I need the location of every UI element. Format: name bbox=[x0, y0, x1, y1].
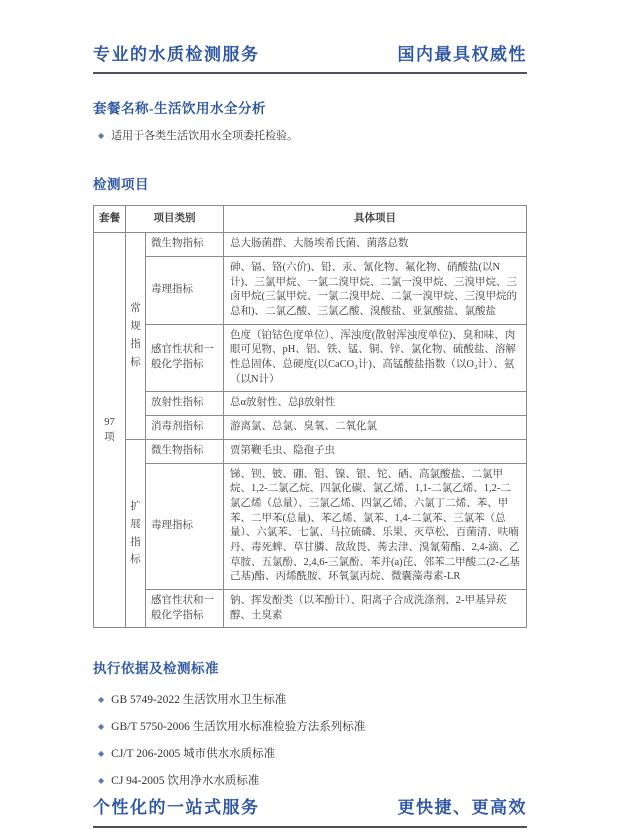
table-row: 毒理指标 砷、镉、铬(六价)、铅、汞、氰化物、氟化物、硝酸盐(以N计)、三氯甲烷… bbox=[94, 256, 527, 324]
table-row: 扩展指标 微生物指标 贾第鞭毛虫、隐孢子虫 bbox=[94, 439, 527, 463]
category-cell: 放射性指标 bbox=[146, 392, 224, 416]
items-cell: 砷、镉、铬(六价)、铅、汞、氰化物、氟化物、硝酸盐(以N计)、三氯甲烷、一氯二溴… bbox=[224, 256, 527, 324]
bullet-icon: ◆ bbox=[98, 767, 104, 794]
bullet-icon: ◆ bbox=[98, 713, 104, 740]
page-header: 专业的水质检测服务 国内最具权威性 bbox=[93, 0, 527, 74]
table-row: 放射性指标 总α放射性、总β放射性 bbox=[94, 392, 527, 416]
items-cell: 贾第鞭毛虫、隐孢子虫 bbox=[224, 439, 527, 463]
detection-items-heading: 检测项目 bbox=[93, 173, 527, 193]
category-cell: 毒理指标 bbox=[146, 463, 224, 590]
standards-list: ◆ GB 5749-2022 生活饮用水卫生标准 ◆ GB/T 5750-200… bbox=[93, 687, 527, 795]
table-row: 97 项 常规指标 微生物指标 总大肠菌群、大肠埃希氏菌、菌落总数 bbox=[94, 233, 527, 257]
list-item: ◆ GB 5749-2022 生活饮用水卫生标准 bbox=[93, 687, 527, 714]
group-label-regular: 常规指标 bbox=[126, 233, 146, 440]
category-cell: 感官性状和一般化学指标 bbox=[146, 590, 224, 628]
package-count: 97 bbox=[95, 415, 124, 431]
category-cell: 毒理指标 bbox=[146, 256, 224, 324]
col-header-items: 具体项目 bbox=[224, 205, 527, 233]
table-row: 感官性状和一般化学指标 钠、挥发酚类（以苯酚计）、阳离子合成洗涤剂、2-甲基异莰… bbox=[94, 590, 527, 628]
package-name-heading: 套餐名称-生活饮用水全分析 bbox=[93, 97, 527, 117]
detection-table: 套餐 项目类别 具体项目 97 项 常规指标 微生物指标 总大肠菌群、大肠埃希氏… bbox=[93, 205, 527, 629]
standards-heading: 执行依据及检测标准 bbox=[93, 657, 527, 677]
standard-text: GB/T 5750-2006 生活饮用水标准检验方法系列标准 bbox=[111, 714, 365, 741]
list-item: ◆ CJ/T 206-2005 城市供水水质标准 bbox=[93, 741, 527, 768]
standard-text: CJ 94-2005 饮用净水水质标准 bbox=[111, 768, 259, 795]
items-cell: 总大肠菌群、大肠埃希氏菌、菌落总数 bbox=[224, 233, 527, 257]
items-cell: 总α放射性、总β放射性 bbox=[224, 392, 527, 416]
col-header-package: 套餐 bbox=[94, 205, 126, 233]
header-slogan-right: 国内最具权威性 bbox=[398, 40, 528, 65]
col-header-category: 项目类别 bbox=[126, 205, 224, 233]
package-description-list: ◆ 适用于各类生活饮用水全项委托检验。 bbox=[93, 128, 527, 146]
category-cell: 消毒剂指标 bbox=[146, 416, 224, 440]
document-page: 专业的水质检测服务 国内最具权威性 套餐名称-生活饮用水全分析 ◆ 适用于各类生… bbox=[0, 0, 620, 829]
list-item: ◆ CJ 94-2005 饮用净水水质标准 bbox=[93, 768, 527, 795]
items-cell: 游离氯、总氯、臭氧、二氧化氯 bbox=[224, 416, 527, 440]
table-row: 消毒剂指标 游离氯、总氯、臭氧、二氧化氯 bbox=[94, 416, 527, 440]
bullet-icon: ◆ bbox=[98, 130, 104, 143]
category-cell: 微生物指标 bbox=[146, 233, 224, 257]
page-footer: 个性化的一站式服务 更快捷、更高效 bbox=[93, 793, 527, 828]
table-row: 感官性状和一般化学指标 色度（铂钴色度单位）、浑浊度(散射浑浊度单位)、臭和味、… bbox=[94, 324, 527, 392]
standard-text: GB 5749-2022 生活饮用水卫生标准 bbox=[111, 687, 286, 714]
category-cell: 微生物指标 bbox=[146, 439, 224, 463]
bullet-icon: ◆ bbox=[98, 686, 104, 713]
bullet-icon: ◆ bbox=[98, 740, 104, 767]
footer-slogan-right: 更快捷、更高效 bbox=[398, 793, 528, 818]
items-cell: 色度（铂钴色度单位）、浑浊度(散射浑浊度单位)、臭和味、肉眼可见物、pH、铝、铁… bbox=[224, 324, 527, 392]
header-slogan-left: 专业的水质检测服务 bbox=[93, 40, 260, 65]
footer-slogan-left: 个性化的一站式服务 bbox=[93, 793, 260, 818]
items-cell: 钠、挥发酚类（以苯酚计）、阳离子合成洗涤剂、2-甲基异莰醇、土臭素 bbox=[224, 590, 527, 628]
standard-text: CJ/T 206-2005 城市供水水质标准 bbox=[111, 741, 275, 768]
category-cell: 感官性状和一般化学指标 bbox=[146, 324, 224, 392]
package-count-cell: 97 项 bbox=[94, 233, 126, 628]
list-item: ◆ GB/T 5750-2006 生活饮用水标准检验方法系列标准 bbox=[93, 714, 527, 741]
package-description-text: 适用于各类生活饮用水全项委托检验。 bbox=[111, 128, 298, 146]
items-cell: 锑、钡、铍、硼、钼、镍、银、铊、硒、高氯酸盐、二氯甲烷、1,2-二氯乙烷、四氯化… bbox=[224, 463, 527, 590]
table-row: 毒理指标 锑、钡、铍、硼、钼、镍、银、铊、硒、高氯酸盐、二氯甲烷、1,2-二氯乙… bbox=[94, 463, 527, 590]
table-header-row: 套餐 项目类别 具体项目 bbox=[94, 205, 527, 233]
group-label-extended: 扩展指标 bbox=[126, 439, 146, 628]
list-item: ◆ 适用于各类生活饮用水全项委托检验。 bbox=[93, 128, 527, 146]
package-unit: 项 bbox=[95, 430, 124, 446]
